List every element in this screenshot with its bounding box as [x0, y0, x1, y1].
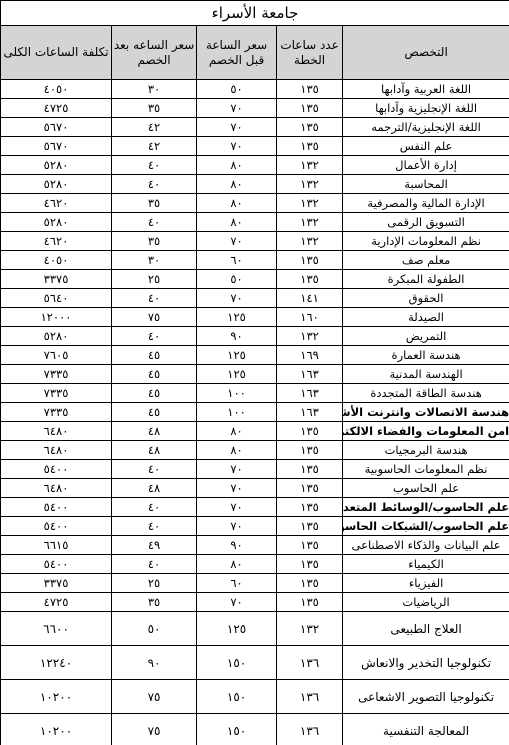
major-cell: نظم المعلومات الإدارية: [343, 232, 509, 251]
plan-hours-cell: ١٣٢: [277, 612, 343, 646]
plan-hours-cell: ١٣٥: [277, 80, 343, 99]
price-after-cell: ٤٠: [112, 555, 197, 574]
major-cell: الإدارة المالية والمصرفية: [343, 194, 509, 213]
price-after-cell: ٤٠: [112, 517, 197, 536]
plan-hours-cell: ١٣٥: [277, 441, 343, 460]
total-cost-cell: ٤٧٢٥: [1, 593, 112, 612]
price-after-cell: ٤٢: [112, 137, 197, 156]
table-row: اللغة العربية وآدابها١٣٥٥٠٣٠٤٠٥٠: [1, 80, 509, 99]
plan-hours-cell: ١٦٣: [277, 384, 343, 403]
major-cell: العلاج الطبيعى: [343, 612, 509, 646]
table-title: جامعة الأسراء: [1, 1, 509, 26]
price-after-cell: ٣٠: [112, 80, 197, 99]
plan-hours-cell: ١٣٥: [277, 574, 343, 593]
table-row: هندسة الطاقة المتجددة١٦٣١٠٠٤٥٧٣٣٥: [1, 384, 509, 403]
total-cost-cell: ٥٦٧٠: [1, 137, 112, 156]
table-row: معلم صف١٣٥٦٠٣٠٤٠٥٠: [1, 251, 509, 270]
total-cost-cell: ١٢٢٤٠: [1, 646, 112, 680]
table-row: علم الحاسوب/الشبكات الحاسوبية١٣٥٧٠٤٠٥٤٠٠: [1, 517, 509, 536]
price-before-cell: ١٥٠: [197, 714, 277, 745]
price-after-cell: ٤٨: [112, 422, 197, 441]
price-after-cell: ٤٥: [112, 384, 197, 403]
price-before-cell: ٧٠: [197, 593, 277, 612]
price-before-cell: ٧٠: [197, 232, 277, 251]
major-cell: علم الحاسوب/الشبكات الحاسوبية: [343, 517, 509, 536]
price-before-cell: ٧٠: [197, 137, 277, 156]
tuition-table: جامعة الأسراء التخصص عدد ساعات الخطة سعر…: [0, 0, 509, 745]
total-cost-cell: ٧٣٣٥: [1, 384, 112, 403]
table-row: اللغة الإنجليزية/الترجمه١٣٥٧٠٤٢٥٦٧٠: [1, 118, 509, 137]
major-cell: اللغة الإنجليزية وآدابها: [343, 99, 509, 118]
price-after-cell: ٥٠: [112, 612, 197, 646]
price-before-cell: ٨٠: [197, 422, 277, 441]
major-cell: علم البيانات والذكاء الاصطناعى: [343, 536, 509, 555]
price-before-cell: ٨٠: [197, 213, 277, 232]
price-after-cell: ٤٨: [112, 479, 197, 498]
table-row: الطفولة المبكرة١٣٥٥٠٢٥٣٣٧٥: [1, 270, 509, 289]
price-before-cell: ٩٠: [197, 536, 277, 555]
price-before-cell: ٥٠: [197, 80, 277, 99]
price-after-cell: ٤٠: [112, 289, 197, 308]
total-cost-cell: ٤٧٢٥: [1, 99, 112, 118]
plan-hours-cell: ١٣٥: [277, 422, 343, 441]
total-cost-cell: ٥٢٨٠: [1, 213, 112, 232]
plan-hours-cell: ١٣٢: [277, 327, 343, 346]
plan-hours-cell: ١٣٢: [277, 213, 343, 232]
total-cost-cell: ٤٦٢٠: [1, 194, 112, 213]
price-after-cell: ٤٢: [112, 118, 197, 137]
table-row: علم البيانات والذكاء الاصطناعى١٣٥٩٠٤٩٦٦١…: [1, 536, 509, 555]
plan-hours-cell: ١٣٥: [277, 137, 343, 156]
total-cost-cell: ٦٤٨٠: [1, 422, 112, 441]
header-price-after-discount: سعر الساعه بعد الخصم: [112, 26, 197, 80]
table-row: المحاسبة١٣٢٨٠٤٠٥٢٨٠: [1, 175, 509, 194]
major-cell: المحاسبة: [343, 175, 509, 194]
plan-hours-cell: ١٣٥: [277, 479, 343, 498]
price-before-cell: ٧٠: [197, 460, 277, 479]
header-total-cost: تكلفة الساعات الكلى: [1, 26, 112, 80]
table-row: التمريض١٣٢٩٠٤٠٥٢٨٠: [1, 327, 509, 346]
plan-hours-cell: ١٣٦: [277, 680, 343, 714]
table-row: هندسة العمارة١٦٩١٢٥٤٥٧٦٠٥: [1, 346, 509, 365]
total-cost-cell: ٥٤٠٠: [1, 517, 112, 536]
major-cell: اللغة العربية وآدابها: [343, 80, 509, 99]
table-row: إدارة الأعمال١٣٢٨٠٤٠٥٢٨٠: [1, 156, 509, 175]
plan-hours-cell: ١٣٥: [277, 498, 343, 517]
major-cell: الرياضيات: [343, 593, 509, 612]
table-row: المعالجة التنفسية١٣٦١٥٠٧٥١٠٢٠٠: [1, 714, 509, 745]
plan-hours-cell: ١٣٢: [277, 232, 343, 251]
price-before-cell: ١٢٥: [197, 308, 277, 327]
price-after-cell: ٣٥: [112, 194, 197, 213]
total-cost-cell: ٥٢٨٠: [1, 175, 112, 194]
major-cell: نظم المعلومات الحاسوبية: [343, 460, 509, 479]
price-after-cell: ٤٠: [112, 327, 197, 346]
price-after-cell: ٣٥: [112, 232, 197, 251]
table-row: نظم المعلومات الحاسوبية١٣٥٧٠٤٠٥٤٠٠: [1, 460, 509, 479]
price-before-cell: ١٠٠: [197, 403, 277, 422]
plan-hours-cell: ١٣٥: [277, 99, 343, 118]
major-cell: تكنولوجيا التخدير والانعاش: [343, 646, 509, 680]
plan-hours-cell: ١٣٥: [277, 536, 343, 555]
total-cost-cell: ٣٣٧٥: [1, 574, 112, 593]
total-cost-cell: ٧٣٣٥: [1, 365, 112, 384]
total-cost-cell: ٤٠٥٠: [1, 80, 112, 99]
price-after-cell: ٩٠: [112, 646, 197, 680]
price-before-cell: ٦٠: [197, 574, 277, 593]
plan-hours-cell: ١٦٩: [277, 346, 343, 365]
table-row: امن المعلومات والفضاء الالكترونى١٣٥٨٠٤٨٦…: [1, 422, 509, 441]
major-cell: إدارة الأعمال: [343, 156, 509, 175]
major-cell: المعالجة التنفسية: [343, 714, 509, 745]
major-cell: امن المعلومات والفضاء الالكترونى: [343, 422, 509, 441]
price-before-cell: ٨٠: [197, 175, 277, 194]
total-cost-cell: ١٠٢٠٠: [1, 714, 112, 745]
plan-hours-cell: ١٣٥: [277, 460, 343, 479]
price-after-cell: ٤٠: [112, 460, 197, 479]
table-row: الهندسة المدنية١٦٣١٢٥٤٥٧٣٣٥: [1, 365, 509, 384]
total-cost-cell: ٦٤٨٠: [1, 479, 112, 498]
total-cost-cell: ٦٦٠٠: [1, 612, 112, 646]
major-cell: علم الحاسوب: [343, 479, 509, 498]
total-cost-cell: ٣٣٧٥: [1, 270, 112, 289]
table-row: هندسة البرمجيات١٣٥٨٠٤٨٦٤٨٠: [1, 441, 509, 460]
plan-hours-cell: ١٣٥: [277, 555, 343, 574]
price-after-cell: ٧٥: [112, 714, 197, 745]
price-after-cell: ٤٠: [112, 213, 197, 232]
price-before-cell: ٨٠: [197, 555, 277, 574]
table-row: تكنولوجيا التصوير الاشعاعى١٣٦١٥٠٧٥١٠٢٠٠: [1, 680, 509, 714]
price-after-cell: ٤٥: [112, 346, 197, 365]
table-row: اللغة الإنجليزية وآدابها١٣٥٧٠٣٥٤٧٢٥: [1, 99, 509, 118]
price-after-cell: ٤٠: [112, 156, 197, 175]
major-cell: علم الحاسوب/الوسائط المتعددة: [343, 498, 509, 517]
price-before-cell: ٨٠: [197, 441, 277, 460]
price-after-cell: ٣٥: [112, 593, 197, 612]
total-cost-cell: ٥٢٨٠: [1, 327, 112, 346]
major-cell: الطفولة المبكرة: [343, 270, 509, 289]
major-cell: التسويق الرقمى: [343, 213, 509, 232]
price-after-cell: ٤٥: [112, 365, 197, 384]
major-cell: الصيدلة: [343, 308, 509, 327]
major-cell: هندسة الطاقة المتجددة: [343, 384, 509, 403]
price-before-cell: ١٢٥: [197, 365, 277, 384]
plan-hours-cell: ١٣٥: [277, 593, 343, 612]
plan-hours-cell: ١٣٢: [277, 175, 343, 194]
plan-hours-cell: ١٣٦: [277, 646, 343, 680]
major-cell: اللغة الإنجليزية/الترجمه: [343, 118, 509, 137]
table-row: الرياضيات١٣٥٧٠٣٥٤٧٢٥: [1, 593, 509, 612]
price-after-cell: ٤٩: [112, 536, 197, 555]
total-cost-cell: ٥٦٧٠: [1, 118, 112, 137]
table-row: الصيدلة١٦٠١٢٥٧٥١٢٠٠٠: [1, 308, 509, 327]
plan-hours-cell: ١٣٥: [277, 118, 343, 137]
plan-hours-cell: ١٣٥: [277, 251, 343, 270]
price-before-cell: ١٥٠: [197, 680, 277, 714]
total-cost-cell: ٤٠٥٠: [1, 251, 112, 270]
plan-hours-cell: ١٣٥: [277, 270, 343, 289]
major-cell: علم النفس: [343, 137, 509, 156]
table-row: نظم المعلومات الإدارية١٣٢٧٠٣٥٤٦٢٠: [1, 232, 509, 251]
plan-hours-cell: ١٦٣: [277, 365, 343, 384]
total-cost-cell: ٤٦٢٠: [1, 232, 112, 251]
major-cell: الكيمياء: [343, 555, 509, 574]
total-cost-cell: ٥٤٠٠: [1, 555, 112, 574]
price-before-cell: ٧٠: [197, 289, 277, 308]
total-cost-cell: ٧٣٣٥: [1, 403, 112, 422]
price-before-cell: ٧٠: [197, 118, 277, 137]
price-before-cell: ١٠٠: [197, 384, 277, 403]
total-cost-cell: ٥٤٠٠: [1, 498, 112, 517]
total-cost-cell: ١٠٢٠٠: [1, 680, 112, 714]
table-row: علم الحاسوب/الوسائط المتعددة١٣٥٧٠٤٠٥٤٠٠: [1, 498, 509, 517]
plan-hours-cell: ١٣٢: [277, 156, 343, 175]
table-row: العلاج الطبيعى١٣٢١٢٥٥٠٦٦٠٠: [1, 612, 509, 646]
header-plan-hours: عدد ساعات الخطة: [277, 26, 343, 80]
major-cell: معلم صف: [343, 251, 509, 270]
price-after-cell: ٤٠: [112, 175, 197, 194]
price-before-cell: ٧٠: [197, 479, 277, 498]
table-row: الفيزياء١٣٥٦٠٢٥٣٣٧٥: [1, 574, 509, 593]
table-row: علم النفس١٣٥٧٠٤٢٥٦٧٠: [1, 137, 509, 156]
header-major: التخصص: [343, 26, 509, 80]
price-before-cell: ١٥٠: [197, 646, 277, 680]
table-row: تكنولوجيا التخدير والانعاش١٣٦١٥٠٩٠١٢٢٤٠: [1, 646, 509, 680]
major-cell: هندسة العمارة: [343, 346, 509, 365]
total-cost-cell: ٦٤٨٠: [1, 441, 112, 460]
price-before-cell: ٧٠: [197, 99, 277, 118]
price-before-cell: ٦٠: [197, 251, 277, 270]
header-price-before-discount: سعر الساعة قبل الخصم: [197, 26, 277, 80]
table-row: علم الحاسوب١٣٥٧٠٤٨٦٤٨٠: [1, 479, 509, 498]
table-row: الكيمياء١٣٥٨٠٤٠٥٤٠٠: [1, 555, 509, 574]
price-before-cell: ٧٠: [197, 517, 277, 536]
major-cell: التمريض: [343, 327, 509, 346]
total-cost-cell: ٥٢٨٠: [1, 156, 112, 175]
price-after-cell: ٢٥: [112, 574, 197, 593]
total-cost-cell: ٥٦٤٠: [1, 289, 112, 308]
total-cost-cell: ٦٦١٥: [1, 536, 112, 555]
table-row: الإدارة المالية والمصرفية١٣٢٨٠٣٥٤٦٢٠: [1, 194, 509, 213]
price-before-cell: ٨٠: [197, 156, 277, 175]
major-cell: تكنولوجيا التصوير الاشعاعى: [343, 680, 509, 714]
price-before-cell: ٨٠: [197, 194, 277, 213]
plan-hours-cell: ١٣٦: [277, 714, 343, 745]
price-before-cell: ١٢٥: [197, 346, 277, 365]
price-before-cell: ٥٠: [197, 270, 277, 289]
plan-hours-cell: ١٦٠: [277, 308, 343, 327]
price-after-cell: ٣٠: [112, 251, 197, 270]
price-after-cell: ٣٥: [112, 99, 197, 118]
major-cell: الفيزياء: [343, 574, 509, 593]
major-cell: الحقوق: [343, 289, 509, 308]
table-row: التسويق الرقمى١٣٢٨٠٤٠٥٢٨٠: [1, 213, 509, 232]
price-after-cell: ٤٨: [112, 441, 197, 460]
price-after-cell: ٧٥: [112, 308, 197, 327]
plan-hours-cell: ١٣٢: [277, 194, 343, 213]
table-row: الحقوق١٤١٧٠٤٠٥٦٤٠: [1, 289, 509, 308]
major-cell: هندسة البرمجيات: [343, 441, 509, 460]
price-after-cell: ٤٠: [112, 498, 197, 517]
plan-hours-cell: ١٣٥: [277, 517, 343, 536]
major-cell: الهندسة المدنية: [343, 365, 509, 384]
plan-hours-cell: ١٦٣: [277, 403, 343, 422]
total-cost-cell: ٥٤٠٠: [1, 460, 112, 479]
total-cost-cell: ٧٦٠٥: [1, 346, 112, 365]
price-before-cell: ٧٠: [197, 498, 277, 517]
table-body: اللغة العربية وآدابها١٣٥٥٠٣٠٤٠٥٠اللغة ال…: [1, 80, 509, 745]
price-after-cell: ٢٥: [112, 270, 197, 289]
price-before-cell: ١٢٥: [197, 612, 277, 646]
price-after-cell: ٧٥: [112, 680, 197, 714]
major-cell: هندسة الاتصالات وانترنت الأشياء: [343, 403, 509, 422]
price-before-cell: ٩٠: [197, 327, 277, 346]
total-cost-cell: ١٢٠٠٠: [1, 308, 112, 327]
plan-hours-cell: ١٤١: [277, 289, 343, 308]
price-after-cell: ٤٥: [112, 403, 197, 422]
table-row: هندسة الاتصالات وانترنت الأشياء١٦٣١٠٠٤٥٧…: [1, 403, 509, 422]
